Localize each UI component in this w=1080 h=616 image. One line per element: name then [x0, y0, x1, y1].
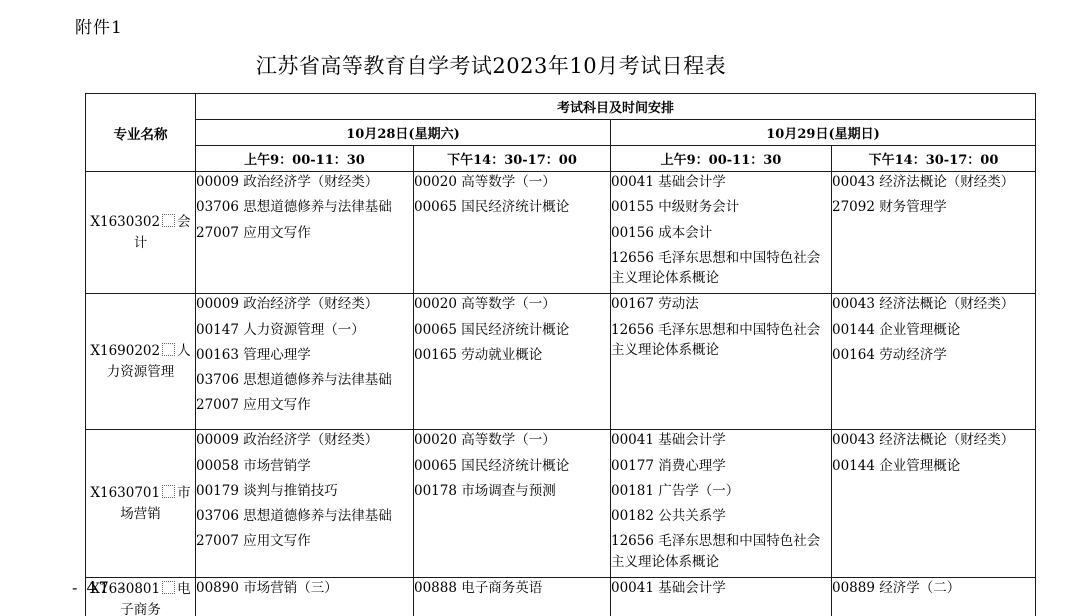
- exam-subject: 03706 思想道德修养与法律基础: [196, 197, 413, 217]
- session-cell: 00888 电子商务英语: [414, 577, 611, 616]
- exam-subject: 00009 政治经济学（财经类）: [196, 430, 413, 450]
- exam-subject: 00178 市场调查与预测: [414, 481, 610, 501]
- session-cell: 00041 基础会计学: [611, 577, 832, 616]
- exam-subject: 00147 人力资源管理（一）: [196, 320, 413, 340]
- exam-subject: 00144 企业管理概论: [832, 320, 1035, 340]
- exam-subject: 27092 财务管理学: [832, 197, 1035, 217]
- table-row: X1630801电子商务00890 市场营销（三）00888 电子商务英语000…: [86, 577, 1036, 616]
- major-code: X1630302: [90, 214, 160, 230]
- exam-subject: 00155 中级财务会计: [611, 197, 831, 217]
- exam-subject: 03706 思想道德修养与法律基础: [196, 370, 413, 390]
- session-cell: 00020 高等数学（一）00065 国民经济统计概论00165 劳动就业概论: [414, 294, 611, 430]
- major-name-cell: X1690202人力资源管理: [86, 294, 196, 430]
- table-header: 专业名称 考试科目及时间安排 10月28日(星期六) 10月29日(星期日) 上…: [86, 94, 1036, 172]
- exam-subject: 00163 管理心理学: [196, 345, 413, 365]
- exam-subject: 12656 毛泽东思想和中国特色社会主义理论体系概论: [611, 531, 831, 572]
- session-cell: 00020 高等数学（一）00065 国民经济统计概论: [414, 172, 611, 294]
- schedule-body: X1630302会计00009 政治经济学（财经类）03706 思想道德修养与法…: [86, 172, 1036, 616]
- major-name-cell: X1630801电子商务: [86, 577, 196, 616]
- exam-subject: 27007 应用文写作: [196, 395, 413, 415]
- session-cell: 00020 高等数学（一）00065 国民经济统计概论00178 市场调查与预测: [414, 430, 611, 578]
- session-header-sat-pm: 下午14：30-17：00: [414, 146, 611, 172]
- header-row-3: 上午9：00-11：30 下午14：30-17：00 上午9：00-11：30 …: [86, 146, 1036, 172]
- session-cell: 00043 经济法概论（财经类）00144 企业管理概论: [832, 430, 1036, 578]
- major-column-header: 专业名称: [86, 94, 196, 172]
- table-row: X1690202人力资源管理00009 政治经济学（财经类）00147 人力资源…: [86, 294, 1036, 430]
- exam-subject: 00165 劳动就业概论: [414, 345, 610, 365]
- header-row-1: 专业名称 考试科目及时间安排: [86, 94, 1036, 120]
- date-header-sunday: 10月29日(星期日): [611, 120, 1036, 146]
- exam-subject: 00889 经济学（二）: [832, 578, 1035, 598]
- exam-subject: 00181 广告学（一）: [611, 481, 831, 501]
- exam-subject: 27007 应用文写作: [196, 531, 413, 551]
- exam-subject: 00020 高等数学（一）: [414, 172, 610, 192]
- session-cell: 00009 政治经济学（财经类）00147 人力资源管理（一）00163 管理心…: [196, 294, 414, 430]
- schedule-title-header: 考试科目及时间安排: [196, 94, 1036, 120]
- session-cell: 00043 经济法概论（财经类）00144 企业管理概论00164 劳动经济学: [832, 294, 1036, 430]
- exam-subject: 00009 政治经济学（财经类）: [196, 294, 413, 314]
- major-code: X1630801: [90, 581, 160, 597]
- session-cell: 00041 基础会计学00177 消费心理学00181 广告学（一）00182 …: [611, 430, 832, 578]
- major-code: X1630701: [90, 485, 160, 501]
- exam-subject: 00009 政治经济学（财经类）: [196, 172, 413, 192]
- exam-schedule-table: 专业名称 考试科目及时间安排 10月28日(星期六) 10月29日(星期日) 上…: [85, 93, 1036, 616]
- session-header-sun-am: 上午9：00-11：30: [611, 146, 832, 172]
- exam-subject: 00043 经济法概论（财经类）: [832, 172, 1035, 192]
- session-cell: 00889 经济学（二）: [832, 577, 1036, 616]
- exam-subject: 27007 应用文写作: [196, 223, 413, 243]
- exam-subject: 00065 国民经济统计概论: [414, 456, 610, 476]
- major-name-cell: X1630701市场营销: [86, 430, 196, 578]
- exam-subject: 03706 思想道德修养与法律基础: [196, 506, 413, 526]
- document-page: 附件1 江苏省高等教育自学考试2023年10月考试日程表 - 47 - 专业名称…: [0, 0, 1080, 616]
- exam-subject: 00179 谈判与推销技巧: [196, 481, 413, 501]
- exam-subject: 00020 高等数学（一）: [414, 430, 610, 450]
- attachment-label: 附件1: [75, 13, 123, 38]
- session-header-sat-am: 上午9：00-11：30: [196, 146, 414, 172]
- session-cell: 00009 政治经济学（财经类）03706 思想道德修养与法律基础27007 应…: [196, 172, 414, 294]
- exam-subject: 00041 基础会计学: [611, 578, 831, 598]
- exam-subject: 00182 公共关系学: [611, 506, 831, 526]
- session-cell: 00167 劳动法12656 毛泽东思想和中国特色社会主义理论体系概论: [611, 294, 832, 430]
- exam-subject: 00890 市场营销（三）: [196, 578, 413, 598]
- exam-subject: 00041 基础会计学: [611, 172, 831, 192]
- exam-subject: 00177 消费心理学: [611, 456, 831, 476]
- page-title: 江苏省高等教育自学考试2023年10月考试日程表: [0, 50, 982, 80]
- exam-subject: 12656 毛泽东思想和中国特色社会主义理论体系概论: [611, 320, 831, 361]
- major-name-cell: X1630302会计: [86, 172, 196, 294]
- table-row: X1630701市场营销00009 政治经济学（财经类）00058 市场营销学0…: [86, 430, 1036, 578]
- header-row-2: 10月28日(星期六) 10月29日(星期日): [86, 120, 1036, 146]
- missing-glyph-box: [162, 214, 175, 227]
- exam-subject: 00065 国民经济统计概论: [414, 197, 610, 217]
- session-cell: 00890 市场营销（三）: [196, 577, 414, 616]
- exam-subject: 00043 经济法概论（财经类）: [832, 430, 1035, 450]
- exam-subject: 00156 成本会计: [611, 223, 831, 243]
- session-header-sun-pm: 下午14：30-17：00: [832, 146, 1036, 172]
- exam-subject: 00164 劳动经济学: [832, 345, 1035, 365]
- session-cell: 00009 政治经济学（财经类）00058 市场营销学00179 谈判与推销技巧…: [196, 430, 414, 578]
- exam-subject: 12656 毛泽东思想和中国特色社会主义理论体系概论: [611, 248, 831, 289]
- table-row: X1630302会计00009 政治经济学（财经类）03706 思想道德修养与法…: [86, 172, 1036, 294]
- exam-subject: 00041 基础会计学: [611, 430, 831, 450]
- session-cell: 00043 经济法概论（财经类）27092 财务管理学: [832, 172, 1036, 294]
- major-code: X1690202: [90, 343, 160, 359]
- exam-subject: 00144 企业管理概论: [832, 456, 1035, 476]
- session-cell: 00041 基础会计学00155 中级财务会计00156 成本会计12656 毛…: [611, 172, 832, 294]
- exam-subject: 00020 高等数学（一）: [414, 294, 610, 314]
- exam-subject: 00043 经济法概论（财经类）: [832, 294, 1035, 314]
- missing-glyph-box: [162, 485, 175, 498]
- exam-subject: 00167 劳动法: [611, 294, 831, 314]
- missing-glyph-box: [162, 343, 175, 356]
- exam-subject: 00888 电子商务英语: [414, 578, 610, 598]
- exam-subject: 00058 市场营销学: [196, 456, 413, 476]
- date-header-saturday: 10月28日(星期六): [196, 120, 611, 146]
- missing-glyph-box: [162, 581, 175, 594]
- exam-subject: 00065 国民经济统计概论: [414, 320, 610, 340]
